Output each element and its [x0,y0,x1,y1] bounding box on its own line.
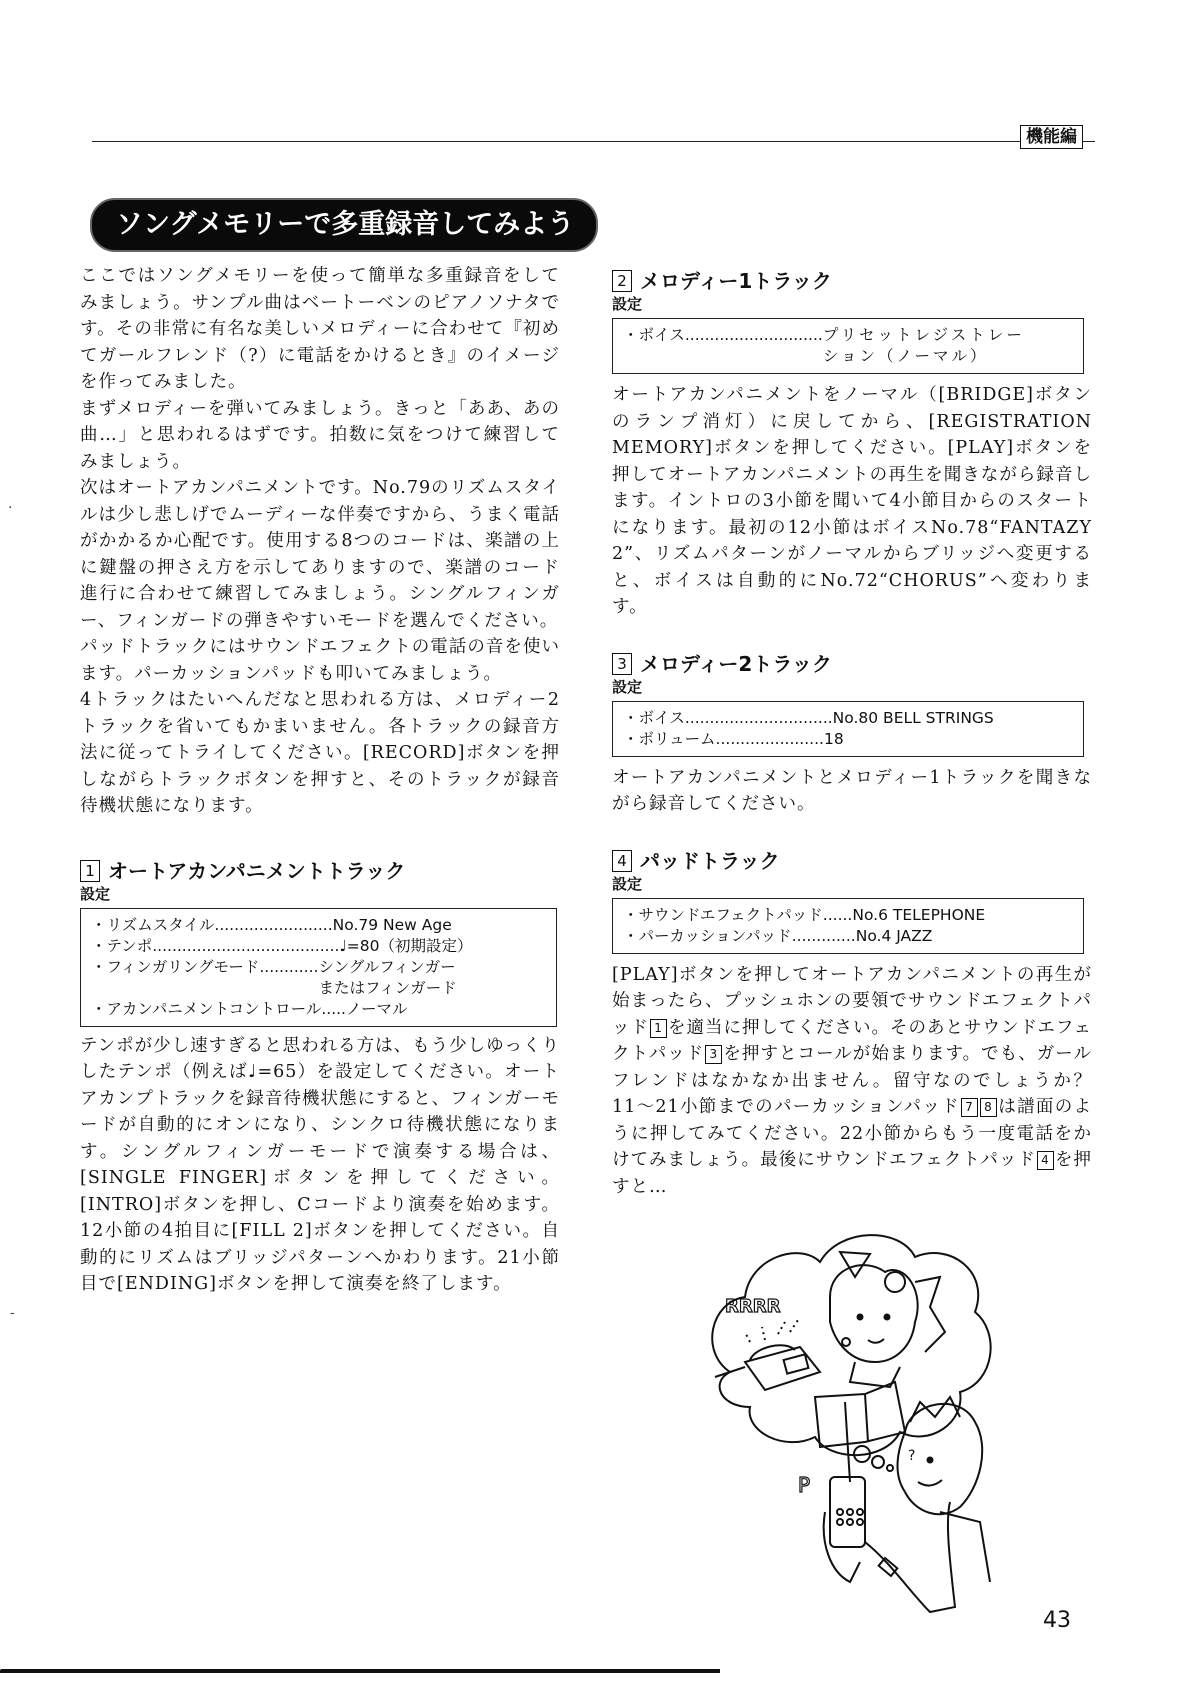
setting-value: 18 [824,729,844,750]
track-body: オートアカンパニメントとメロディー1トラックを聞きながら録音してください。 [612,765,1092,818]
header-rule [92,141,1095,142]
setting-row: ・アカンパニメントコントロール ..... ノーマル [91,999,546,1020]
track-body: オートアカンパニメントをノーマル（[BRIDGE]ボタンのランプ消灯）に戻してか… [612,382,1092,621]
track-number-box: 3 [612,653,632,675]
settings-box: ・リズムスタイル ........................ No.79 … [80,908,557,1027]
intro-text: ここではソングメモリーを使って簡単な多重録音をしてみましょう。サンプル曲はベート… [80,263,560,820]
setting-key: ・ボイス [623,325,685,367]
settings-label: 設定 [612,294,1092,314]
setting-value: No.4 JAZZ [856,926,933,947]
track-body: [PLAY]ボタンを押してオートアカンパニメントの再生が始まったら、プッシュホン… [612,962,1092,1201]
setting-row: ・ボイス .............................. No.8… [623,708,1073,729]
setting-leader: ..... [321,999,346,1020]
track-section-3: 3 メロディー2トラック 設定 ・ボイス ...................… [612,651,1092,818]
setting-leader: ...................................... [152,936,339,957]
track-title: メロディー2トラック [640,651,832,677]
track-section-2: 2 メロディー1トラック 設定 ・ボイス ...................… [612,268,1092,621]
beep-text: P [798,1473,810,1497]
setting-value: No.6 TELEPHONE [852,905,985,926]
setting-row: ・ボイス ............................ プリセットレ… [623,325,1073,367]
track-heading: 3 メロディー2トラック [612,651,1092,677]
setting-value: ♩=80（初期設定） [339,936,472,957]
setting-key: ・サウンドエフェクトパッド [623,905,823,926]
intro-paragraph: まずメロディーを弾いてみましょう。きっと「ああ、あの曲…」と思われるはずです。拍… [80,396,560,476]
setting-key: ・アカンパニメントコントロール [91,999,321,1020]
cartoon-icon: RRRR ? P [690,1222,1060,1642]
page-number: 43 [1043,1608,1071,1633]
svg-text:?: ? [908,1448,915,1464]
settings-label: 設定 [612,677,1092,697]
pad-number-box: 4 [1037,1151,1054,1170]
setting-leader: ...... [823,905,853,926]
setting-leader: ........................ [214,915,332,936]
margin-mark: · [8,500,12,516]
settings-label: 設定 [80,884,560,904]
setting-row: ・パーカッションパッド ............. No.4 JAZZ [623,926,1073,947]
track-number-box: 1 [80,860,100,882]
track-title: メロディー1トラック [640,268,832,294]
pad-number-box: 1 [650,1019,667,1038]
track-heading: 2 メロディー1トラック [612,268,1092,294]
intro-paragraph: パッドトラックにはサウンドエフェクトの電話の音を使います。パーカッションパッドも… [80,634,560,687]
track-number-box: 4 [612,850,632,872]
setting-leader: ............. [792,926,856,947]
setting-row: ・サウンドエフェクトパッド ...... No.6 TELEPHONE [623,905,1073,926]
intro-paragraph: ここではソングメモリーを使って簡単な多重録音をしてみましょう。サンプル曲はベート… [80,263,560,396]
settings-box: ・ボイス ............................ プリセットレ… [612,318,1084,374]
ring-sound-text: RRRR [725,1296,781,1317]
settings-box: ・ボイス .............................. No.8… [612,701,1084,757]
setting-key: ・ボイス [623,708,685,729]
intro-paragraph: 4トラックはたいへんだなと思われる方は、メロディー2トラックを省いてもかまいませ… [80,687,560,820]
setting-key: ・テンポ [91,936,152,957]
track-title: パッドトラック [640,848,780,874]
track-section-1: 1 オートアカンパニメントトラック 設定 ・リズムスタイル ..........… [80,858,560,1298]
setting-value: ノーマル [346,999,408,1020]
setting-leader: ............ [259,957,318,999]
left-column: ここではソングメモリーを使って簡単な多重録音をしてみましょう。サンプル曲はベート… [80,263,560,1298]
setting-row: ・フィンガリングモード ............ シングルフィンガー またはフィ… [91,957,546,999]
setting-leader: ...................... [716,729,824,750]
setting-value: プリセットレジストレー ション（ノーマル） [823,325,1025,367]
pad-number-box: 7 [961,1098,978,1117]
track-section-4: 4 パッドトラック 設定 ・サウンドエフェクトパッド ...... No.6 T… [612,848,1092,1201]
track-heading: 4 パッドトラック [612,848,1092,874]
settings-box: ・サウンドエフェクトパッド ...... No.6 TELEPHONE ・パーカ… [612,898,1084,954]
margin-mark: - [10,1305,15,1321]
setting-row: ・ボリューム ...................... 18 [623,729,1073,750]
setting-leader: .............................. [685,708,833,729]
setting-key: ・パーカッションパッド [623,926,792,947]
section-tag: 機能編 [1020,125,1083,149]
settings-label: 設定 [612,874,1092,894]
setting-key: ・フィンガリングモード [91,957,259,999]
setting-value: No.80 BELL STRINGS [833,708,994,729]
track-heading: 1 オートアカンパニメントトラック [80,858,560,884]
setting-value: No.79 New Age [333,915,452,936]
footer-rule [0,1669,720,1673]
setting-value: シングルフィンガー またはフィンガード [318,957,456,999]
setting-key: ・リズムスタイル [91,915,214,936]
setting-key: ・ボリューム [623,729,716,750]
intro-paragraph: 次はオートアカンパニメントです。No.79のリズムスタイルは少し悲しげでムーディ… [80,475,560,634]
setting-row: ・テンポ ...................................… [91,936,546,957]
setting-row: ・リズムスタイル ........................ No.79 … [91,915,546,936]
page-title: ソングメモリーで多重録音してみよう [90,198,598,252]
right-column: 2 メロディー1トラック 設定 ・ボイス ...................… [612,268,1092,1200]
track-number-box: 2 [612,270,632,292]
setting-leader: ............................ [685,325,823,367]
pad-number-box: 8 [980,1098,997,1117]
track-title: オートアカンパニメントトラック [108,858,405,884]
phone-call-illustration: RRRR ? P [690,1222,1060,1642]
pad-number-box: 3 [705,1045,722,1064]
track-body: テンポが少し速すぎると思われる方は、もう少しゆっくりしたテンポ（例えば♩=65）… [80,1033,560,1298]
